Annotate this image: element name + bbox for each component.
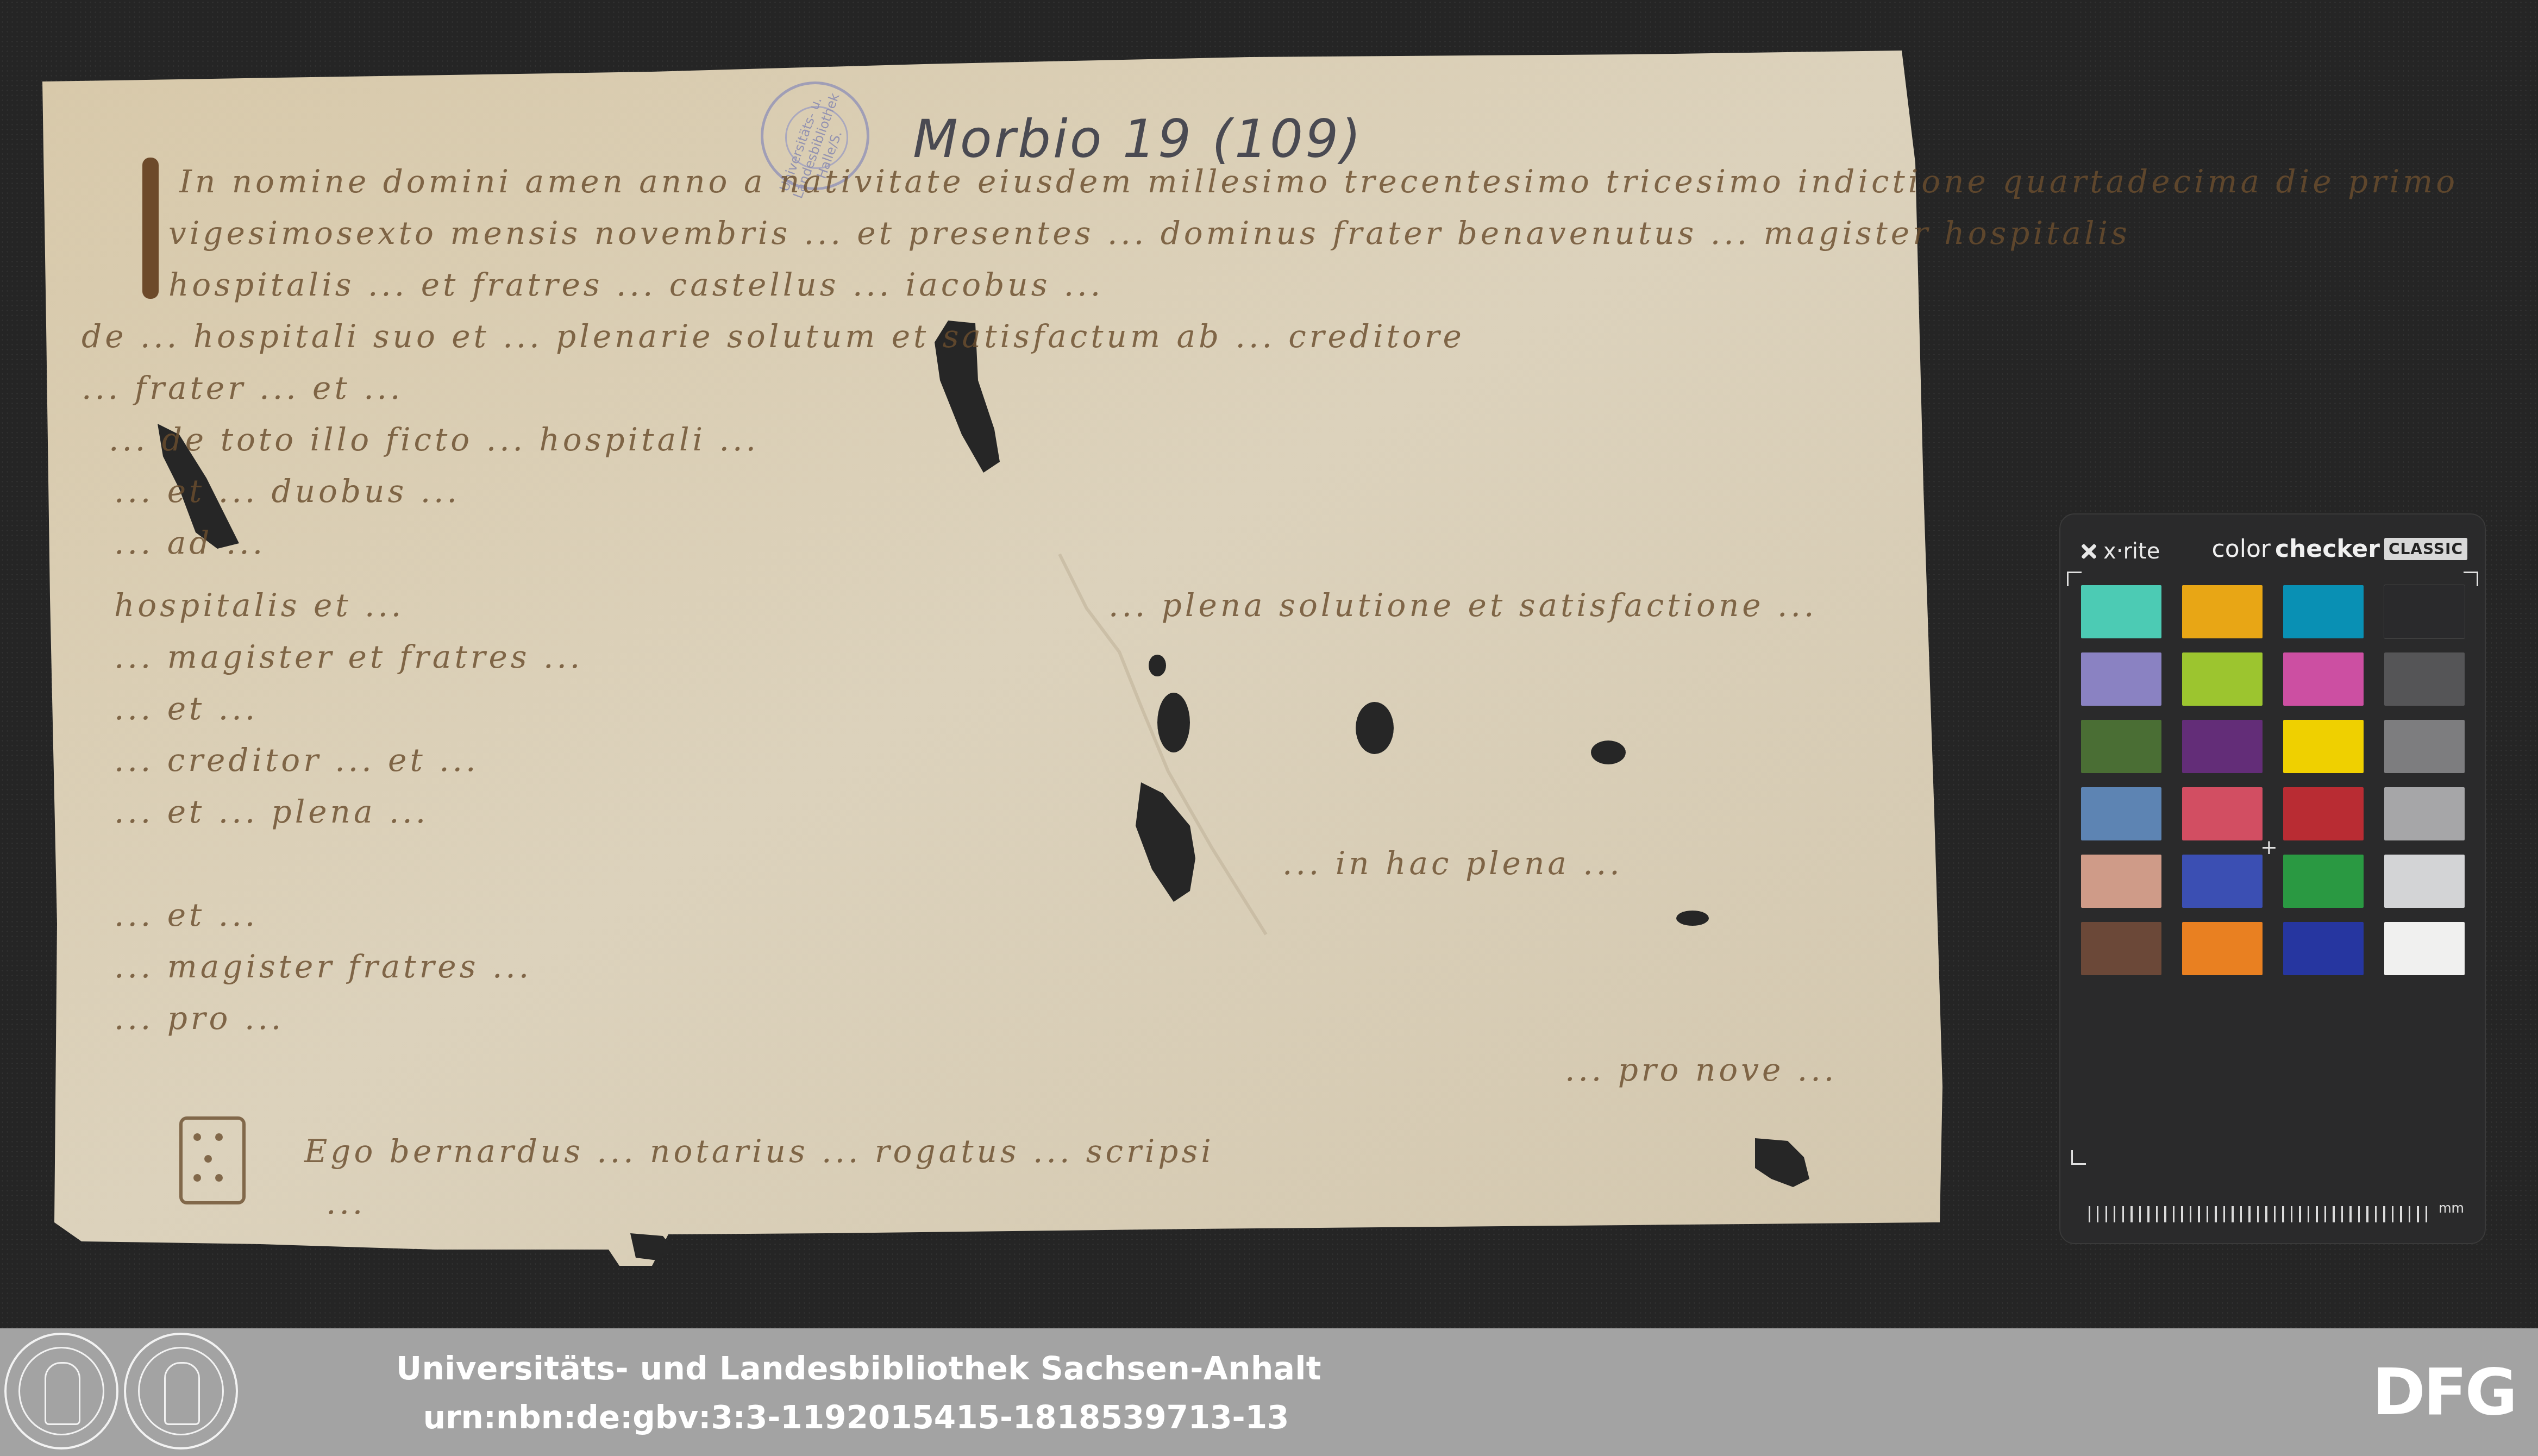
sign-dot [215, 1174, 223, 1182]
patch-magenta [2283, 652, 2364, 706]
patch-bluish-green [2081, 585, 2161, 638]
classic-badge: CLASSIC [2384, 538, 2467, 560]
corner-mark-icon [2071, 1150, 2086, 1165]
patch-blue-flower [2081, 652, 2161, 706]
urn-label[interactable]: urn:nbn:de:gbv:3:3-1192015415-1818539713… [423, 1399, 1289, 1436]
text-line: In nomine domini amen anno a nativitate … [179, 163, 2458, 200]
sign-dot [204, 1155, 212, 1163]
patch-blue [2182, 855, 2263, 908]
xrite-brand: x·rite [2079, 539, 2160, 564]
dfg-logo: DFG [2372, 1360, 2515, 1424]
notarial-sign [179, 1116, 246, 1204]
patch-green [2283, 855, 2364, 908]
color-patch-grid [2081, 585, 2465, 975]
title-light: color [2212, 535, 2271, 563]
xrite-logo-icon [2079, 542, 2098, 561]
text-line: ... creditor ... et ... [114, 742, 479, 779]
text-line: ... in hac plena ... [1282, 845, 1623, 882]
text-line: de ... hospitali suo et ... plenarie sol… [82, 318, 1465, 355]
library-footer: Universitäts- und Landesbibliothek Sachs… [0, 1328, 2538, 1456]
patch-orange [2182, 922, 2263, 975]
patch-neutral-5 [2384, 720, 2465, 773]
institution-name: Universitäts- und Landesbibliothek Sachs… [0, 1350, 2538, 1387]
text-line: ... magister et fratres ... [114, 638, 583, 675]
text-line: ... et ... plena ... [114, 793, 429, 830]
text-line: ... et ... duobus ... [114, 473, 460, 510]
text-line: ... et ... [114, 690, 258, 727]
brand-label: x·rite [2103, 539, 2160, 564]
text-line: ... et ... [114, 896, 258, 933]
patch-moderate-red [2182, 787, 2263, 840]
text-line: ... magister fratres ... [114, 948, 532, 985]
scan-background: Universitäts- u. Landesbibliothek Halle/… [0, 0, 2538, 1328]
patch-dark-skin [2081, 922, 2161, 975]
patch-yellow [2283, 720, 2364, 773]
patch-neutral-6-5 [2384, 787, 2465, 840]
corner-mark-icon [2067, 572, 2082, 586]
patch-foliage [2081, 720, 2161, 773]
patch-neutral-3-5 [2384, 652, 2465, 706]
patch-cyan [2283, 585, 2364, 638]
title-bold: checker [2275, 535, 2380, 563]
colorchecker-title: colorchecker CLASSIC [2212, 535, 2467, 563]
patch-black [2384, 585, 2465, 638]
institution-label: Universitäts- und Landesbibliothek Sachs… [396, 1350, 1321, 1387]
subscription-line: Ego bernardus ... notarius ... rogatus .… [304, 1133, 1214, 1170]
patch-blue-sky [2081, 787, 2161, 840]
text-line: ... de toto illo ficto ... hospitali ... [109, 421, 759, 458]
color-checker-card: x·rite colorchecker CLASSIC [2059, 513, 2486, 1244]
crosshair-icon: + [2260, 837, 2278, 857]
decorated-initial [142, 158, 159, 299]
sign-dot [193, 1174, 201, 1182]
text-line: ... frater ... et ... [82, 369, 403, 406]
text-line: ... ad ... [114, 524, 266, 561]
patch-neutral-8 [2384, 855, 2465, 908]
shelfmark: Morbio 19 (109) [913, 109, 1363, 170]
patch-purple [2182, 720, 2263, 773]
sign-dot [215, 1133, 223, 1141]
ruler-unit: mm [2439, 1201, 2464, 1216]
text-line: ... pro nove ... [1565, 1051, 1837, 1088]
sign-dot [193, 1133, 201, 1141]
urn-identifier[interactable]: urn:nbn:de:gbv:3:3-1192015415-1818539713… [0, 1399, 2538, 1436]
subscription-line: ... [326, 1184, 366, 1221]
text-line: hospitalis et ... [114, 587, 404, 624]
patch-white [2384, 922, 2465, 975]
patch-light-skin [2081, 855, 2161, 908]
patch-orange-yellow [2182, 585, 2263, 638]
patch-blue-primary [2283, 922, 2364, 975]
mm-ruler [2089, 1206, 2431, 1222]
text-line: ... plena solutione et satisfactione ... [1108, 587, 1817, 624]
text-line: vigesimosexto mensis novembris ... et pr… [168, 215, 2130, 252]
text-line: hospitalis ... et fratres ... castellus … [168, 266, 1104, 303]
patch-red [2283, 787, 2364, 840]
parchment-charter: Universitäts- u. Landesbibliothek Halle/… [0, 0, 1956, 1271]
patch-yellow-green [2182, 652, 2263, 706]
text-line: ... pro ... [114, 1000, 284, 1037]
corner-mark-icon [2464, 572, 2478, 586]
